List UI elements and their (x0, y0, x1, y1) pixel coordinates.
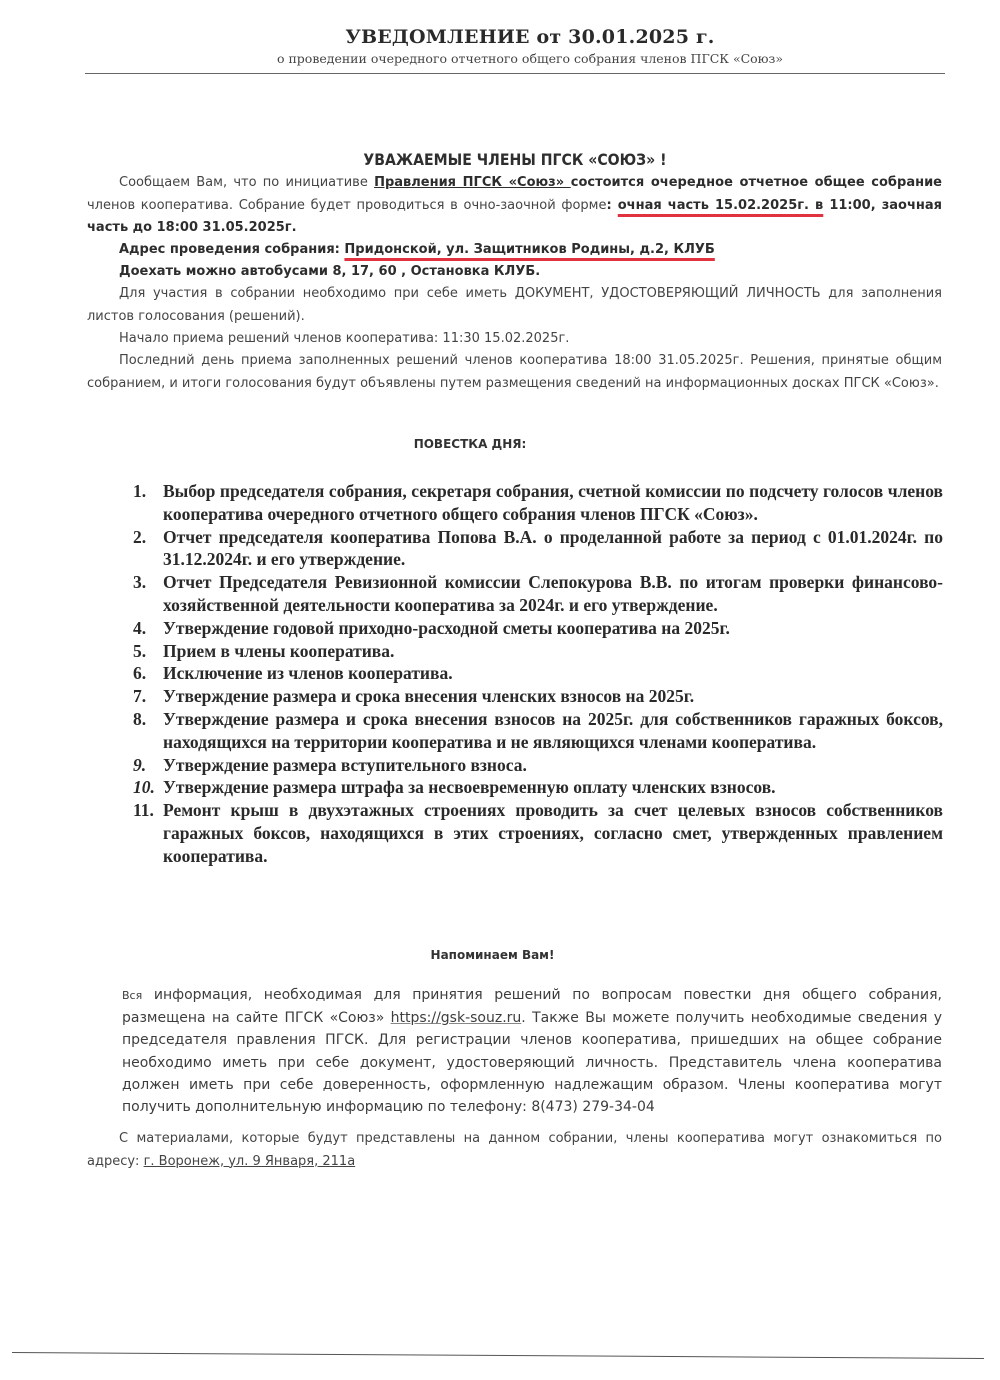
document-note: Для участия в собрании необходимо при се… (87, 283, 942, 328)
bus-line: Доехать можно автобусами 8, 17, 60 , Ост… (87, 261, 942, 284)
agenda-item-text: Утверждение годовой приходно-расходной с… (163, 618, 730, 638)
agenda-item-number: 3. (133, 571, 146, 594)
start-reception: Начало приема решений членов кооператива… (87, 328, 942, 351)
reminder-paragraph: Вся информация, необходимая для принятия… (122, 984, 942, 1118)
agenda-item: 2.Отчет председателя кооператива Попова … (133, 526, 943, 572)
header-divider (85, 73, 945, 74)
agenda-item-number: 1. (133, 480, 146, 503)
last-day-text: Последний день приема заполненных решени… (87, 353, 942, 391)
agenda-item-number: 2. (133, 526, 146, 549)
intro-text: Сообщаем Вам, что по инициативе (119, 175, 374, 190)
materials-paragraph: С материалами, которые будут представлен… (87, 1128, 942, 1173)
agenda-item-number: 9. (133, 754, 146, 777)
agenda-item: 1.Выбор председателя собрания, секретаря… (133, 480, 943, 526)
address-value: Придонской, ул. Защитников Родины, д.2, … (344, 242, 714, 257)
agenda-item: 3.Отчет Председателя Ревизионной комисси… (133, 571, 943, 617)
agenda-list: 1.Выбор председателя собрания, секретаря… (133, 480, 943, 868)
notice-title: УВЕДОМЛЕНИЕ от 30.01.2025 г. (0, 26, 1000, 48)
agenda-item-number: 5. (133, 640, 146, 663)
bus-info: Доехать можно автобусами 8, 17, 60 , Ост… (119, 264, 540, 279)
agenda-item-text: Исключение из членов кооператива. (163, 663, 453, 683)
agenda-item: 6.Исключение из членов кооператива. (133, 662, 943, 685)
address-line: Адрес проведения собрания: Придонской, у… (87, 239, 942, 262)
board-name: Правления ПГСК «Союз» (374, 175, 571, 190)
agenda-item-text: Ремонт крыш в двухэтажных строениях пров… (163, 800, 943, 866)
intro-paragraph: Сообщаем Вам, что по инициативе Правлени… (87, 172, 942, 240)
address-label: Адрес проведения собрания: (119, 242, 344, 257)
agenda-item-text: Отчет Председателя Ревизионной комиссии … (163, 572, 943, 615)
agenda-item: 10.Утверждение размера штрафа за несвоев… (133, 776, 943, 799)
agenda-item-text: Утверждение размера и срока внесения чле… (163, 686, 694, 706)
page-edge-line (12, 1352, 984, 1359)
intro-text-2: членов кооператива. Собрание будет прово… (87, 198, 606, 213)
agenda-item-text: Утверждение размера и срока внесения взн… (163, 709, 943, 752)
agenda-item-text: Выбор председателя собрания, секретаря с… (163, 481, 943, 524)
agenda-item-number: 4. (133, 617, 146, 640)
agenda-item: 11.Ремонт крыш в двухэтажных строениях п… (133, 799, 943, 867)
agenda-item: 7.Утверждение размера и срока внесения ч… (133, 685, 943, 708)
agenda-item-number: 7. (133, 685, 146, 708)
agenda-item: 5.Прием в члены кооператива. (133, 640, 943, 663)
reminder-title: Напоминаем Вам! (0, 948, 985, 962)
document-note-text: Для участия в собрании необходимо при се… (87, 286, 942, 324)
start-reception-text: Начало приема решений членов кооператива… (119, 331, 569, 346)
agenda-item-text: Утверждение размера штрафа за несвоеврем… (163, 777, 776, 797)
agenda-item-text: Отчет председателя кооператива Попова В.… (163, 527, 943, 570)
notice-subtitle: о проведении очередного отчетного общего… (0, 51, 1000, 66)
agenda-item: 4.Утверждение годовой приходно-расходной… (133, 617, 943, 640)
agenda-item: 9.Утверждение размера вступительного взн… (133, 754, 943, 777)
agenda-item-text: Прием в члены кооператива. (163, 641, 394, 661)
agenda-item-number: 6. (133, 662, 146, 685)
phone-number: 8(473) 279-34-04 (531, 1099, 654, 1115)
agenda-item-number: 8. (133, 708, 146, 731)
agenda-item: 8.Утверждение размера и срока внесения в… (133, 708, 943, 754)
intramural-date-highlight: очная часть 15.02.2025г. в (618, 198, 824, 213)
last-day-paragraph: Последний день приема заполненных решени… (87, 350, 942, 395)
agenda-item-number: 11. (133, 799, 154, 822)
colon: : (606, 198, 617, 213)
agenda-item-text: Утверждение размера вступительного взнос… (163, 755, 527, 775)
agenda-item-number: 10. (133, 776, 155, 799)
materials-address: г. Воронеж, ул. 9 Января, 211а (144, 1154, 356, 1169)
agenda-title: ПОВЕСТКА ДНЯ: (0, 437, 940, 451)
reminder-first-word: Вся (122, 989, 142, 1002)
website-link[interactable]: https://gsk-souz.ru (391, 1010, 522, 1026)
intro-bold-text: состоится очередное отчетное общее собра… (571, 175, 942, 190)
greeting-heading: УВАЖАЕМЫЕ ЧЛЕНЫ ПГСК «СОЮЗ» ! (62, 150, 968, 169)
